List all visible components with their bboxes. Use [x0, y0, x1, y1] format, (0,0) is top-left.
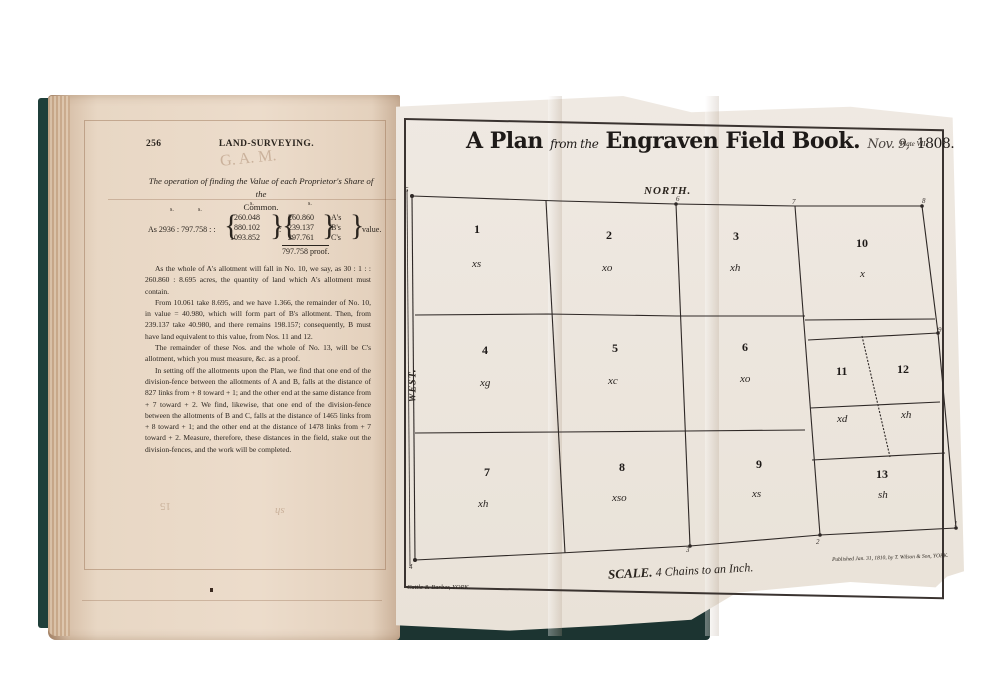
open-book: G. A. M. 15 sh 256 LAND-SURVEYING. The o…: [0, 0, 984, 700]
lot-value: xo: [740, 373, 750, 385]
corner-marker: 7: [792, 198, 796, 206]
paragraph: As the whole of A's allotment will fall …: [145, 263, 371, 297]
title-from: from the: [550, 137, 598, 151]
corner-marker: 4: [409, 563, 413, 571]
value-entry: 239.137: [288, 223, 314, 233]
lot-value: xh: [901, 409, 911, 421]
page-edges: [48, 96, 70, 636]
proprietor-name: A's: [331, 213, 341, 223]
lot-number: 13: [876, 467, 888, 482]
values-column: 260.860 239.137 297.761: [288, 213, 314, 243]
corner-marker: 5: [405, 186, 409, 194]
lot-number: 11: [836, 364, 847, 379]
proprietor-name: C's: [331, 233, 341, 243]
unit-label: s.: [198, 207, 202, 213]
ink-mark: [210, 588, 213, 592]
lot-value: sh: [878, 489, 888, 501]
lot-value: xh: [730, 262, 740, 274]
running-head-title: LAND-SURVEYING.: [219, 139, 314, 149]
engraver-credit: Cattle & Barber, YORK.: [407, 584, 470, 591]
lot-value: xh: [478, 498, 488, 510]
shares-column: 260.048 880.102 1093.852: [230, 213, 260, 243]
paragraph: From 10.061 take 8.695, and we have 1.36…: [145, 297, 371, 342]
lot-number: 6: [742, 340, 748, 355]
lot-number: 9: [756, 457, 762, 472]
page-number: 256: [146, 139, 161, 149]
lot-value: xd: [837, 413, 847, 425]
lot-value: x: [860, 268, 865, 280]
proof-line: 797.758 proof.: [282, 245, 329, 256]
mirror-show-through: 15: [160, 500, 171, 512]
value-label: value.: [362, 225, 381, 234]
value-entry: 260.860: [288, 213, 314, 223]
lot-number: 10: [856, 236, 868, 251]
divider: [82, 600, 382, 601]
scale-title: SCALE.: [608, 564, 653, 581]
plan-title: A Plan from the Engraven Field Book. Nov…: [466, 128, 954, 154]
paragraph: In setting off the allotments upon the P…: [145, 365, 371, 455]
unit-label: s.: [250, 201, 254, 207]
caption-line: The operation of finding the Value of ea…: [146, 175, 376, 201]
divider: [108, 199, 413, 200]
colon: :: [279, 225, 281, 234]
lot-number: 12: [897, 362, 909, 377]
corner-marker: 3: [686, 546, 690, 554]
unit-label: s.: [308, 201, 312, 207]
share-value: 260.048: [230, 213, 260, 223]
lot-value: xg: [480, 377, 490, 389]
plate-number: Plate VII.: [900, 140, 927, 148]
value-entry: 297.761: [288, 233, 314, 243]
proof-value: 797.758: [282, 247, 308, 256]
title-rest: Engraven Field Book.: [605, 128, 860, 154]
lot-value: xs: [752, 488, 761, 500]
lot-value: xs: [472, 258, 481, 270]
lot-number: 1: [474, 222, 480, 237]
share-value: 1093.852: [230, 233, 260, 243]
paragraph: The remainder of these Nos. and the whol…: [145, 342, 371, 365]
corner-marker: 9: [938, 326, 942, 334]
running-header: 256 LAND-SURVEYING.: [146, 139, 376, 149]
lot-number: 4: [482, 343, 488, 358]
proprietor-name: B's: [331, 223, 341, 233]
corner-marker: 2: [816, 538, 820, 546]
corner-marker: 6: [676, 195, 680, 203]
body-text: As the whole of A's allotment will fall …: [145, 263, 371, 455]
corner-marker: 8: [922, 197, 926, 205]
lot-value: xc: [608, 375, 618, 387]
lot-number: 5: [612, 341, 618, 356]
corner-marker: 1: [954, 520, 958, 528]
unit-label: s.: [170, 207, 174, 213]
title-main: A Plan: [466, 128, 543, 154]
share-value: 880.102: [230, 223, 260, 233]
proprietor-names: A's B's C's: [331, 213, 341, 243]
lot-number: 7: [484, 465, 490, 480]
lot-number: 3: [733, 229, 739, 244]
proof-label: proof.: [310, 247, 329, 256]
lot-number: 8: [619, 460, 625, 475]
mirror-show-through: sh: [275, 505, 285, 517]
proportion-prefix: As 2936 : 797.758 : :: [148, 225, 216, 234]
lot-value: xo: [602, 262, 612, 274]
lot-number: 2: [606, 228, 612, 243]
lot-value: xso: [612, 492, 627, 504]
